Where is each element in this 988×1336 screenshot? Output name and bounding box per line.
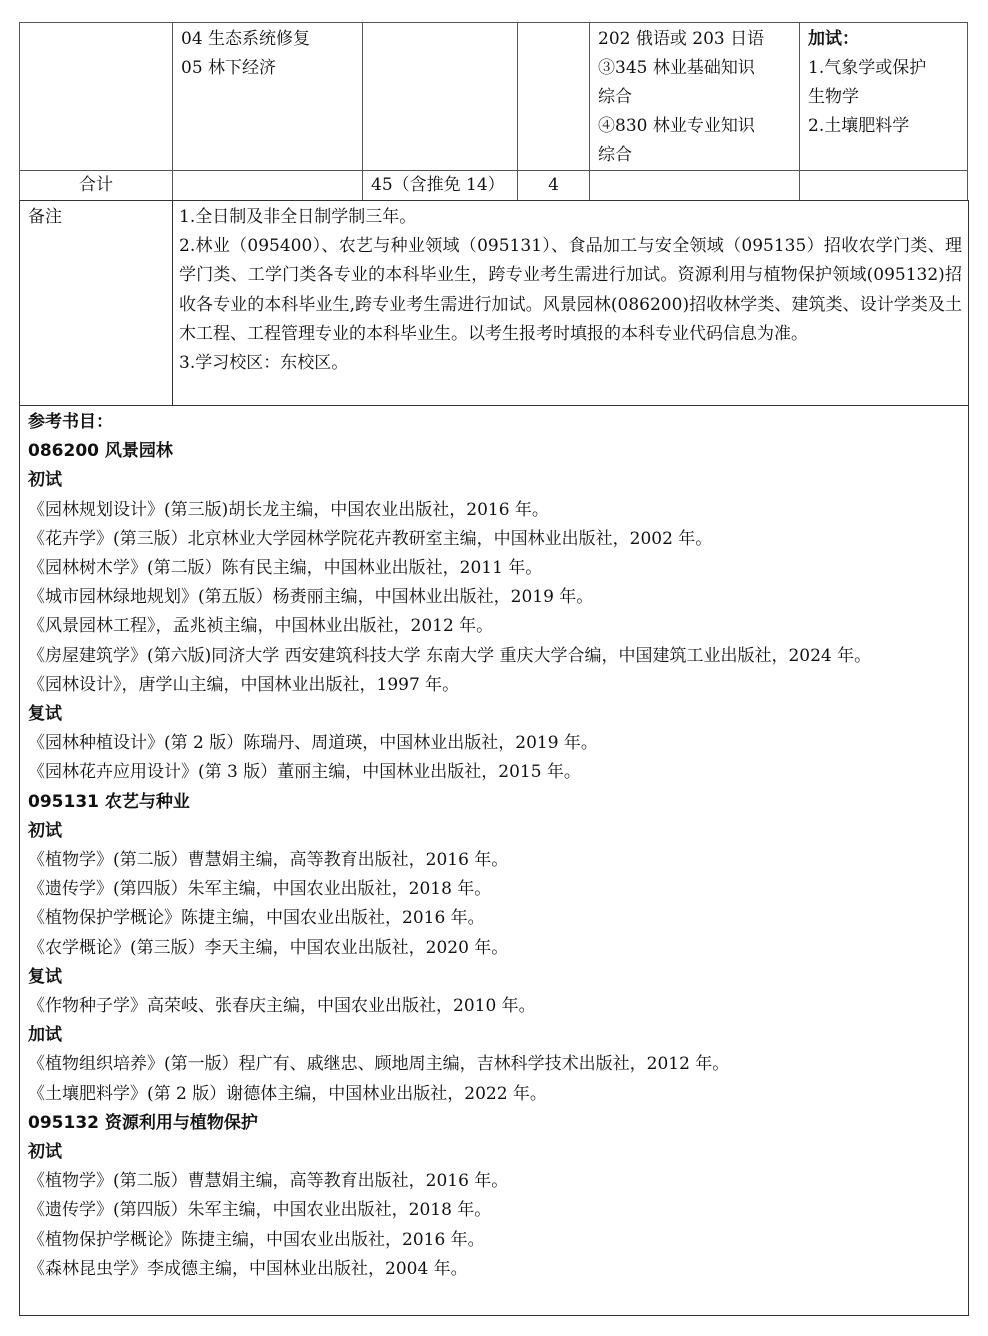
subject-line: ④830 林业专业知识: [598, 112, 791, 141]
book-item: 《植物组织培养》(第一版）程广有、戚继忠、顾地周主编，吉林科学技术出版社，201…: [28, 1050, 960, 1079]
cell-empty: [800, 171, 968, 201]
remarks-content: 1.全日制及非全日制学制三年。 2.林业（095400）、农艺与种业领域（095…: [173, 201, 968, 405]
additional-exam-line: 生物学: [808, 83, 959, 112]
book-item: 《园林设计》，唐学山主编，中国林业出版社，1997 年。: [28, 671, 960, 700]
cell-empty: [173, 171, 363, 201]
book-item: 《园林种植设计》(第 2 版）陈瑞丹、周道瑛，中国林业出版社，2019 年。: [28, 729, 960, 758]
direction-line: 05 林下经济: [181, 54, 354, 83]
exam-stage-label: 复试: [28, 700, 960, 729]
book-item: 《房屋建筑学》(第六版)同济大学 西安建筑科技大学 东南大学 重庆大学合编，中国…: [28, 642, 960, 671]
subject-line: ③345 林业基础知识: [598, 54, 791, 83]
direction-line: 04 生态系统修复: [181, 25, 354, 54]
total-row: 合计 45（含推免 14） 4: [20, 171, 968, 201]
remarks-label: 备注: [20, 201, 173, 405]
research-directions-cell: 04 生态系统修复 05 林下经济: [173, 23, 363, 171]
book-item: 《园林花卉应用设计》(第 3 版）董丽主编，中国林业出版社，2015 年。: [28, 758, 960, 787]
total-enrollment: 45（含推免 14）: [363, 171, 518, 201]
remark-item: 3.学习校区：东校区。: [179, 349, 962, 378]
additional-exam-cell: 加试： 1.气象学或保护 生物学 2.土壤肥料学: [800, 23, 968, 171]
document-page: 04 生态系统修复 05 林下经济 202 俄语或 203 日语 ③345 林业…: [0, 0, 988, 1336]
book-item: 《农学概论》(第三版）李天主编，中国农业出版社，2020 年。: [28, 934, 960, 963]
remark-item: 1.全日制及非全日制学制三年。: [179, 203, 962, 232]
remark-item: 2.林业（095400）、农艺与种业领域（095131）、食品加工与安全领域（0…: [179, 232, 962, 349]
additional-exam-line: 2.土壤肥料学: [808, 112, 959, 141]
program-heading: 095131 农艺与种业: [28, 788, 960, 817]
book-item: 《植物学》(第二版）曹慧娟主编，高等教育出版社，2016 年。: [28, 846, 960, 875]
cell-empty: [518, 23, 590, 171]
subject-line: 202 俄语或 203 日语: [598, 25, 791, 54]
exam-stage-label: 初试: [28, 466, 960, 495]
exam-stage-label: 初试: [28, 817, 960, 846]
book-item: 《作物种子学》高荣岐、张春庆主编，中国农业出版社，2010 年。: [28, 992, 960, 1021]
book-item: 《植物学》(第二版）曹慧娟主编，高等教育出版社，2016 年。: [28, 1167, 960, 1196]
book-item: 《土壤肥料学》(第 2 版）谢德体主编，中国林业出版社，2022 年。: [28, 1080, 960, 1109]
book-item: 《植物保护学概论》陈捷主编，中国农业出版社，2016 年。: [28, 1226, 960, 1255]
exam-stage-label: 复试: [28, 963, 960, 992]
cell-empty: [590, 171, 800, 201]
cell-empty: [363, 23, 518, 171]
program-heading: 095132 资源利用与植物保护: [28, 1109, 960, 1138]
total-label: 合计: [20, 171, 173, 201]
exam-stage-label: 加试: [28, 1021, 960, 1050]
book-item: 《风景园林工程》，孟兆祯主编，中国林业出版社，2012 年。: [28, 612, 960, 641]
book-item: 《园林树木学》(第二版）陈有民主编，中国林业出版社，2011 年。: [28, 554, 960, 583]
book-item: 《植物保护学概论》陈捷主编，中国农业出版社，2016 年。: [28, 904, 960, 933]
subject-line: 综合: [598, 83, 791, 112]
program-heading: 086200 风景园林: [28, 437, 960, 466]
additional-exam-title: 加试：: [808, 25, 959, 54]
additional-exam-line: 1.气象学或保护: [808, 54, 959, 83]
book-item: 《花卉学》(第三版）北京林业大学园林学院花卉教研室主编，中国林业出版社，2002…: [28, 525, 960, 554]
exam-stage-label: 初试: [28, 1138, 960, 1167]
book-item: 《遗传学》(第四版）朱军主编，中国农业出版社，2018 年。: [28, 1196, 960, 1225]
total-count: 4: [518, 171, 590, 201]
exam-subjects-cell: 202 俄语或 203 日语 ③345 林业基础知识 综合 ④830 林业专业知…: [590, 23, 800, 171]
table-row: 04 生态系统修复 05 林下经济 202 俄语或 203 日语 ③345 林业…: [20, 23, 968, 171]
references-section: 参考书目： 086200 风景园林 初试 《园林规划设计》(第三版)胡长龙主编，…: [19, 405, 969, 1316]
book-item: 《园林规划设计》(第三版)胡长龙主编，中国农业出版社，2016 年。: [28, 496, 960, 525]
book-item: 《森林昆虫学》李成德主编，中国林业出版社，2004 年。: [28, 1255, 960, 1284]
references-title: 参考书目：: [28, 408, 960, 437]
subject-line: 综合: [598, 141, 791, 170]
book-item: 《遗传学》(第四版）朱军主编，中国农业出版社，2018 年。: [28, 875, 960, 904]
remarks-section: 备注 1.全日制及非全日制学制三年。 2.林业（095400）、农艺与种业领域（…: [19, 200, 969, 406]
book-item: 《城市园林绿地规划》(第五版）杨赉丽主编，中国林业出版社，2019 年。: [28, 583, 960, 612]
cell-empty: [20, 23, 173, 171]
program-table: 04 生态系统修复 05 林下经济 202 俄语或 203 日语 ③345 林业…: [19, 22, 968, 201]
